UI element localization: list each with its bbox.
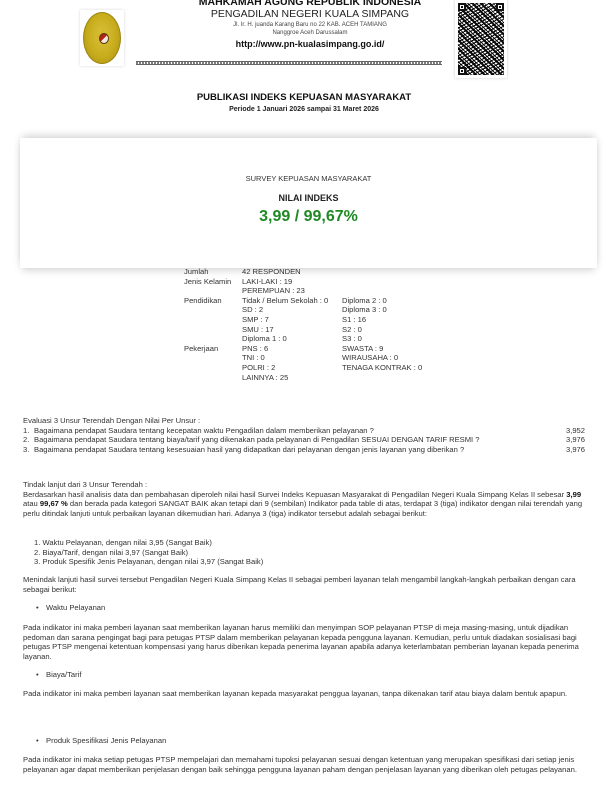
action-title: Biaya/Tarif	[23, 670, 588, 680]
publication-title: PUBLIKASI INDEKS KEPUASAN MASYARAKAT	[0, 92, 608, 103]
education-value: Diploma 3 : 0	[342, 305, 387, 315]
lowest-indicator-list: 1. Waktu Pelayanan, dengan nilai 3,95 (S…	[23, 538, 588, 567]
qr-finder-marker	[458, 3, 466, 11]
paragraph-score: 3,99	[566, 490, 581, 499]
action-bullet: Produk Spesifikasi Jenis Pelayanan	[34, 736, 588, 746]
occupation-value: LAINNYA : 25	[242, 373, 342, 383]
respondent-total-value: 42 RESPONDEN	[242, 267, 301, 277]
follow-up-heading: Tindak lanjut dari 3 Unsur Terendah :	[23, 480, 588, 490]
emblem-seal	[83, 12, 121, 64]
paragraph-percent: 99,67 %	[40, 499, 68, 508]
occupation-value: SWASTA : 9	[342, 344, 422, 354]
gender-value: LAKI-LAKI : 19	[242, 277, 305, 287]
index-card-value: 3,99 / 99,67%	[20, 208, 597, 226]
respondent-table: Jumlah 42 RESPONDEN Jenis Kelamin LAKI-L…	[184, 267, 422, 382]
evaluation-number: 3.	[23, 445, 34, 455]
occupation-value: POLRI : 2	[242, 363, 342, 373]
gender-value: PEREMPUAN : 23	[242, 286, 305, 296]
education-value: Diploma 2 : 0	[342, 296, 387, 306]
letterhead-separator	[136, 61, 442, 65]
qr-code-pattern	[458, 3, 504, 75]
evaluation-number: 2.	[23, 435, 34, 445]
action-title: Waktu Pelayanan	[23, 603, 588, 613]
respondent-education-label: Pendidikan	[184, 296, 242, 344]
indicator-item: 3. Produk Spesifik Jenis Pelayanan, deng…	[34, 557, 588, 567]
evaluation-item: 2. Bagaimana pendapat Saudara tentang bi…	[23, 435, 588, 445]
education-value: S2 : 0	[342, 325, 387, 335]
qr-finder-marker	[496, 3, 504, 11]
follow-up-paragraph: Berdasarkan hasil analisis data dan pemb…	[23, 490, 588, 519]
respondent-total-row: Jumlah 42 RESPONDEN	[184, 267, 422, 277]
evaluation-score: 3,976	[566, 445, 588, 455]
index-card-label: NILAI INDEKS	[20, 193, 597, 203]
action-description: Pada indikator ini maka pemberi layanan …	[23, 689, 588, 699]
evaluation-question: Bagaimana pendapat Saudara tentang keses…	[34, 445, 566, 455]
respondent-gender-row: Jenis Kelamin LAKI-LAKI : 19 PEREMPUAN :…	[184, 277, 422, 296]
qr-code-icon	[455, 0, 507, 78]
letterhead-text: MAHKAMAH AGUNG REPUBLIK INDONESIA PENGAD…	[150, 0, 470, 50]
respondent-total-label: Jumlah	[184, 267, 242, 277]
occupation-column-2: SWASTA : 9 WIRAUSAHA : 0 TENAGA KONTRAK …	[342, 344, 422, 382]
court-website-link[interactable]: http://www.pn-kualasimpang.go.id/	[150, 38, 470, 50]
indicator-item: 2. Biaya/Tarif, dengan nilai 3,97 (Sanga…	[34, 548, 588, 558]
education-column-2: Diploma 2 : 0 Diploma 3 : 0 S1 : 16 S2 :…	[342, 296, 387, 344]
education-value: SD : 2	[242, 305, 342, 315]
occupation-value: WIRAUSAHA : 0	[342, 353, 422, 363]
evaluation-score: 3,952	[566, 426, 588, 436]
action-intro: Menindak lanjuti hasil survei tersebut P…	[23, 575, 588, 594]
agency-name: MAHKAMAH AGUNG REPUBLIK INDONESIA	[150, 0, 470, 8]
court-name: PENGADILAN NEGERI KUALA SIMPANG	[150, 8, 470, 20]
publication-page: MAHKAMAH AGUNG REPUBLIK INDONESIA PENGAD…	[0, 0, 608, 785]
paragraph-text: Berdasarkan hasil analisis data dan pemb…	[23, 490, 566, 499]
respondent-occupation-row: Pekerjaan PNS : 6 TNI : 0 POLRI : 2 LAIN…	[184, 344, 422, 382]
court-address: Jl. Ir. H. juanda Karang Baru no 22 KAB.…	[150, 21, 470, 29]
action-bullet: Waktu Pelayanan	[34, 603, 588, 613]
education-value: Tidak / Belum Sekolah : 0	[242, 296, 342, 306]
action-title: Produk Spesifikasi Jenis Pelayanan	[23, 736, 588, 746]
occupation-value: PNS : 6	[242, 344, 342, 354]
education-value: S1 : 16	[342, 315, 387, 325]
evaluation-number: 1.	[23, 426, 34, 436]
education-value: Diploma 1 : 0	[242, 334, 342, 344]
occupation-value: TENAGA KONTRAK : 0	[342, 363, 422, 373]
qr-finder-marker	[458, 67, 466, 75]
evaluation-score: 3,976	[566, 435, 588, 445]
index-card-subtitle: SURVEY KEPUASAN MASYARAKAT	[20, 174, 597, 183]
occupation-value: TNI : 0	[242, 353, 342, 363]
court-emblem-icon	[80, 10, 124, 66]
evaluation-item: 3. Bagaimana pendapat Saudara tentang ke…	[23, 445, 588, 455]
indicator-item: 1. Waktu Pelayanan, dengan nilai 3,95 (S…	[34, 538, 588, 548]
action-description: Pada indikator ini maka pemberi layanan …	[23, 623, 588, 661]
respondent-gender-label: Jenis Kelamin	[184, 277, 242, 296]
paragraph-text: dan berada pada kategori SANGAT BAIK aka…	[23, 499, 582, 518]
education-value: SMP : 7	[242, 315, 342, 325]
respondent-gender-values: LAKI-LAKI : 19 PEREMPUAN : 23	[242, 277, 305, 296]
evaluation-question: Bagaimana pendapat Saudara tentang kecep…	[34, 426, 566, 436]
occupation-column-1: PNS : 6 TNI : 0 POLRI : 2 LAINNYA : 25	[242, 344, 342, 382]
respondent-education-row: Pendidikan Tidak / Belum Sekolah : 0 SD …	[184, 296, 422, 344]
evaluation-question: Bagaimana pendapat Saudara tentang biaya…	[34, 435, 566, 445]
education-value: S3 : 0	[342, 334, 387, 344]
respondent-occupation-label: Pekerjaan	[184, 344, 242, 382]
action-description: Pada indikator ini maka setiap petugas P…	[23, 755, 588, 774]
paragraph-text: atau	[23, 499, 40, 508]
publication-period: Periode 1 Januari 2026 sampai 31 Maret 2…	[0, 106, 608, 113]
education-column-1: Tidak / Belum Sekolah : 0 SD : 2 SMP : 7…	[242, 296, 342, 344]
letterhead: MAHKAMAH AGUNG REPUBLIK INDONESIA PENGAD…	[0, 0, 608, 80]
follow-up-section: Tindak lanjut dari 3 Unsur Terendah : Be…	[23, 480, 588, 518]
court-region: Nanggroe Aceh Darussalam	[150, 29, 470, 37]
evaluation-heading: Evaluasi 3 Unsur Terendah Dengan Nilai P…	[23, 416, 588, 426]
education-value: SMU : 17	[242, 325, 342, 335]
evaluation-section: Evaluasi 3 Unsur Terendah Dengan Nilai P…	[23, 416, 588, 454]
index-card: SURVEY KEPUASAN MASYARAKAT NILAI INDEKS …	[20, 138, 597, 268]
evaluation-item: 1. Bagaimana pendapat Saudara tentang ke…	[23, 426, 588, 436]
action-bullet: Biaya/Tarif	[34, 670, 588, 680]
